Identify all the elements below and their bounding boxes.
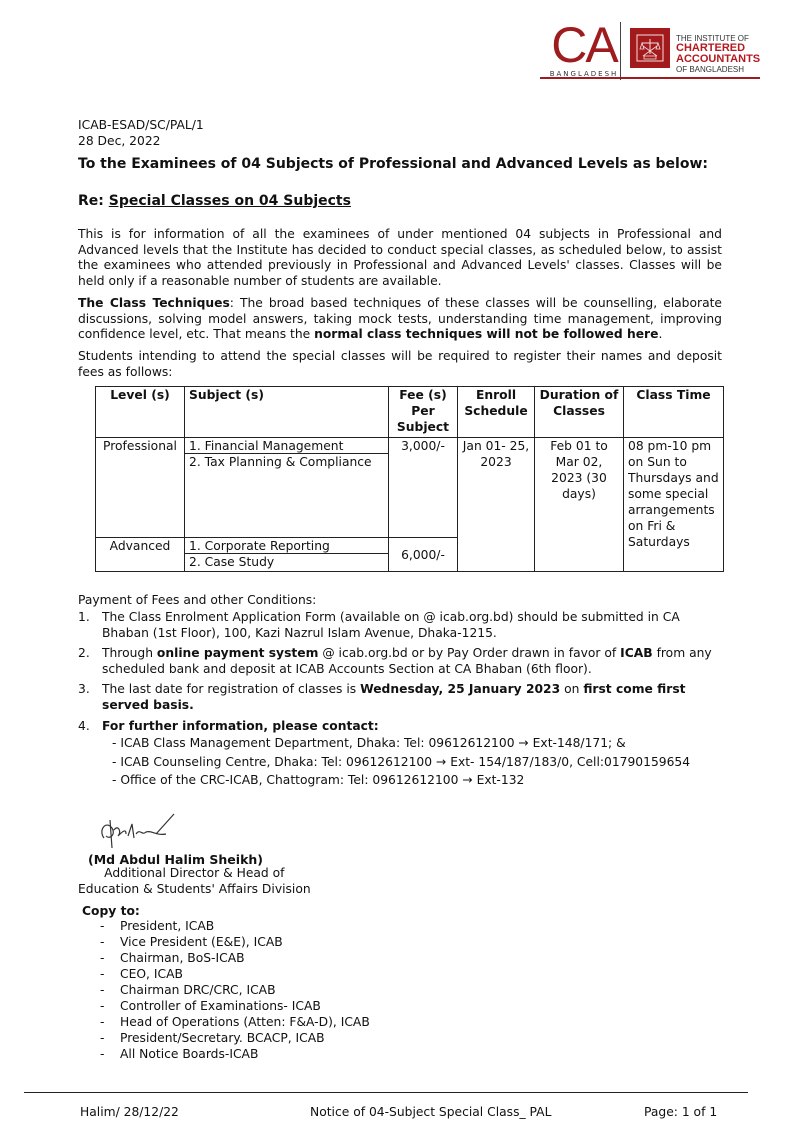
reference-block: ICAB-ESAD/SC/PAL/1 28 Dec, 2022 <box>78 118 204 149</box>
intro-paragraph: This is for information of all the exami… <box>78 227 722 289</box>
condition-item: 4.For further information, please contac… <box>78 719 728 789</box>
copy-recipient: -Vice President (E&E), ICAB <box>100 935 370 951</box>
copy-recipient: -All Notice Boards-ICAB <box>100 1047 370 1063</box>
header-enroll: Enroll Schedule <box>458 387 535 438</box>
contact-item: - ICAB Counseling Centre, Dhaka: Tel: 09… <box>112 755 728 771</box>
level-cell: Advanced <box>96 538 185 572</box>
copy-recipient: -Chairman DRC/CRC, ICAB <box>100 983 370 999</box>
signatory-role: Additional Director & Head of Education … <box>78 866 311 897</box>
header-fee: Fee (s) Per Subject <box>389 387 458 438</box>
header-duration: Duration of Classes <box>535 387 624 438</box>
copy-recipient: -President, ICAB <box>100 919 370 935</box>
signature-image <box>96 810 196 850</box>
copy-to-list: -President, ICAB -Vice President (E&E), … <box>100 919 370 1063</box>
table-row: Professional 1. Financial Management 2. … <box>96 438 724 538</box>
footer-rule <box>24 1092 748 1093</box>
enroll-cell: Jan 01- 25, 2023 <box>458 438 535 572</box>
condition-item: 1.The Class Enrolment Application Form (… <box>78 610 728 641</box>
contact-item: - Office of the CRC-ICAB, Chattogram: Te… <box>112 773 728 789</box>
footer-left: Halim/ 28/12/22 <box>80 1105 179 1119</box>
copy-recipient: -CEO, ICAB <box>100 967 370 983</box>
fee-schedule-table: Level (s) Subject (s) Fee (s) Per Subjec… <box>95 386 724 572</box>
reference-date: 28 Dec, 2022 <box>78 134 204 150</box>
subjects-cell: 1. Corporate Reporting 2. Case Study <box>185 538 389 572</box>
condition-item: 3.The last date for registration of clas… <box>78 682 728 713</box>
notice-subject: Re: Special Classes on 04 Subjects <box>78 193 351 209</box>
payment-heading: Payment of Fees and other Conditions: <box>78 593 316 609</box>
copy-to-heading: Copy to: <box>82 904 140 920</box>
fee-cell: 3,000/- <box>389 438 458 538</box>
copy-recipient: -Chairman, BoS-ICAB <box>100 951 370 967</box>
level-cell: Professional <box>96 438 185 538</box>
techniques-paragraph: The Class Techniques: The broad based te… <box>78 296 722 343</box>
copy-recipient: -Controller of Examinations- ICAB <box>100 999 370 1015</box>
icab-emblem-icon <box>630 28 670 68</box>
ca-bangladesh-logo: CA BANGLADESH <box>546 22 622 80</box>
copy-recipient: -Head of Operations (Atten: F&A-D), ICAB <box>100 1015 370 1031</box>
table-header-row: Level (s) Subject (s) Fee (s) Per Subjec… <box>96 387 724 438</box>
duration-cell: Feb 01 to Mar 02, 2023 (30 days) <box>535 438 624 572</box>
footer-page-number: Page: 1 of 1 <box>644 1105 717 1119</box>
contacts-list: - ICAB Class Management Department, Dhak… <box>112 736 728 789</box>
register-paragraph: Students intending to attend the special… <box>78 349 722 380</box>
notice-title: To the Examinees of 04 Subjects of Profe… <box>78 156 708 172</box>
reference-code: ICAB-ESAD/SC/PAL/1 <box>78 118 204 134</box>
header-subject: Subject (s) <box>185 387 389 438</box>
class-time-cell: 08 pm-10 pm on Sun to Thursdays and some… <box>624 438 724 572</box>
header-class-time: Class Time <box>624 387 724 438</box>
footer-center: Notice of 04-Subject Special Class_ PAL <box>310 1105 551 1119</box>
copy-recipient: -President/Secretary. BCACP, ICAB <box>100 1031 370 1047</box>
header-level: Level (s) <box>96 387 185 438</box>
fee-cell: 6,000/- <box>389 538 458 572</box>
condition-item: 2.Through online payment system @ icab.o… <box>78 646 728 677</box>
contact-item: - ICAB Class Management Department, Dhak… <box>112 736 728 752</box>
institute-name: THE INSTITUTE OF CHARTERED ACCOUNTANTS O… <box>676 34 760 74</box>
signatory-name: (Md Abdul Halim Sheikh) <box>88 852 263 867</box>
subject-text: Special Classes on 04 Subjects <box>109 193 351 209</box>
conditions-list: 1.The Class Enrolment Application Form (… <box>78 610 728 794</box>
header-rule <box>540 77 760 79</box>
logo-divider <box>620 22 621 80</box>
logo-text: CA <box>546 22 622 68</box>
subjects-cell: 1. Financial Management 2. Tax Planning … <box>185 438 389 538</box>
